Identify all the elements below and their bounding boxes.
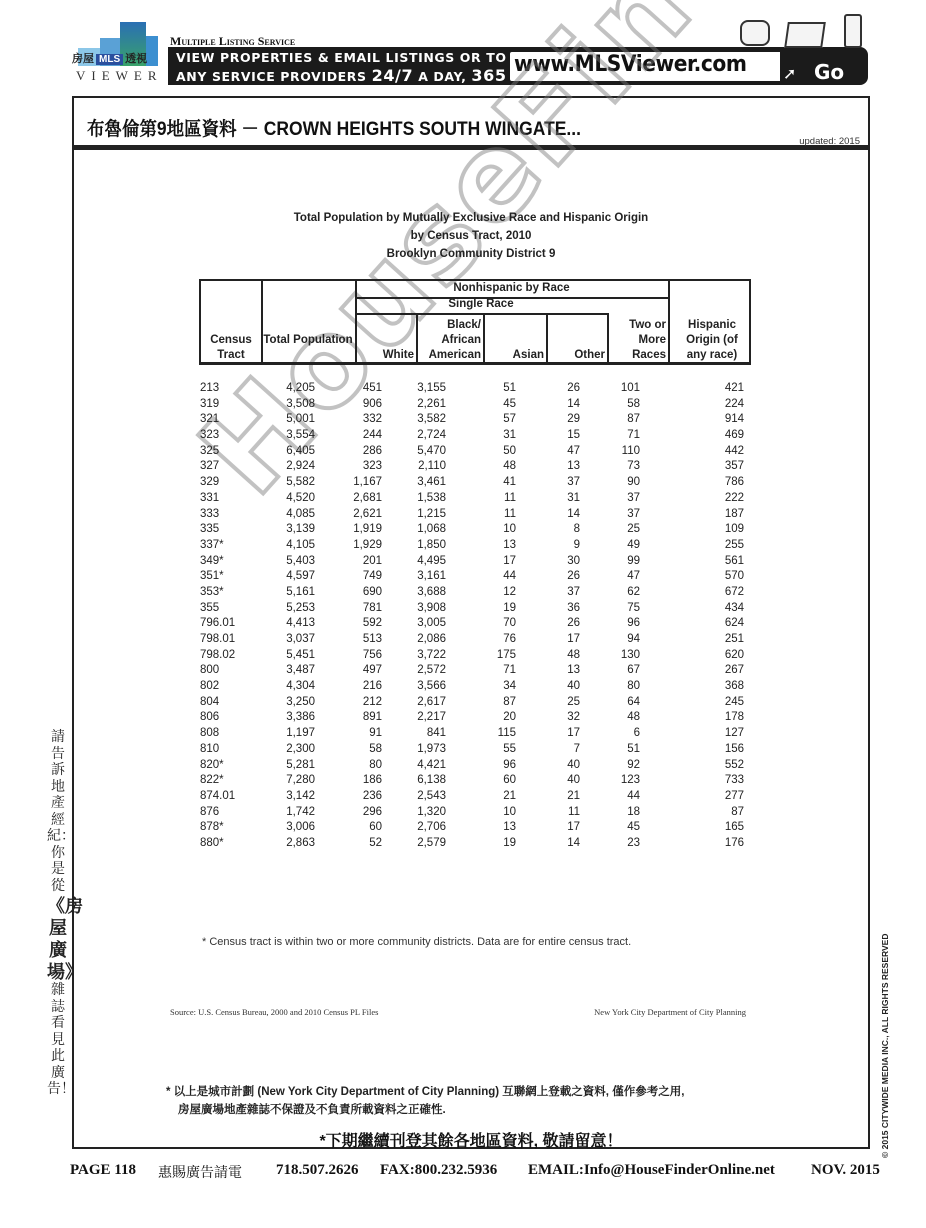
issue-date: NOV. 2015 xyxy=(811,1162,880,1179)
value-cell: 13 xyxy=(503,539,516,551)
value-cell: 841 xyxy=(427,727,446,739)
camera-icon xyxy=(740,20,770,46)
value-cell: 6,405 xyxy=(286,445,315,457)
value-cell: 434 xyxy=(725,602,744,614)
tract-cell: 333 xyxy=(200,508,219,520)
value-cell: 91 xyxy=(369,727,382,739)
value-cell: 5,161 xyxy=(286,586,315,598)
value-cell: 3,139 xyxy=(286,523,315,535)
tract-cell: 351* xyxy=(200,570,224,582)
value-cell: 592 xyxy=(363,617,382,629)
table-row: 3334,0852,6211,215111437187 xyxy=(200,508,750,524)
value-cell: 31 xyxy=(503,429,516,441)
go-button[interactable]: Go xyxy=(814,60,844,84)
value-cell: 175 xyxy=(497,649,516,661)
col-census-tract: Census Tract xyxy=(203,333,259,363)
title-row: 布魯倫第9地區資料 － CROWN HEIGHTS SOUTH WINGATE.… xyxy=(74,98,868,150)
value-cell: 87 xyxy=(627,413,640,425)
value-cell: 442 xyxy=(725,445,744,457)
tract-cell: 349* xyxy=(200,555,224,567)
value-cell: 130 xyxy=(621,649,640,661)
tract-cell: 213 xyxy=(200,382,219,394)
value-cell: 368 xyxy=(725,680,744,692)
table-row: 8081,19791841115176127 xyxy=(200,727,750,743)
value-cell: 32 xyxy=(567,711,580,723)
value-cell: 10 xyxy=(503,523,516,535)
value-cell: 71 xyxy=(503,664,516,676)
tract-cell: 822* xyxy=(200,774,224,786)
footnote: * Census tract is within two or more com… xyxy=(202,936,631,948)
value-cell: 2,261 xyxy=(417,398,446,410)
table-row: 798.013,0375132,086761794251 xyxy=(200,633,750,649)
value-cell: 70 xyxy=(503,617,516,629)
value-cell: 10 xyxy=(503,806,516,818)
tract-cell: 796.01 xyxy=(200,617,235,629)
fax-number: FAX:800.232.5936 xyxy=(380,1162,497,1179)
value-cell: 267 xyxy=(725,664,744,676)
table-row: 3314,5202,6811,538113137222 xyxy=(200,492,750,508)
value-cell: 58 xyxy=(627,398,640,410)
value-cell: 2,724 xyxy=(417,429,446,441)
value-cell: 245 xyxy=(725,696,744,708)
tract-cell: 337* xyxy=(200,539,224,551)
value-cell: 3,908 xyxy=(417,602,446,614)
table-row: 8003,4874972,572711367267 xyxy=(200,664,750,680)
value-cell: 2,579 xyxy=(417,837,446,849)
value-cell: 4,413 xyxy=(286,617,315,629)
value-cell: 8 xyxy=(574,523,580,535)
value-cell: 9 xyxy=(574,539,580,551)
value-cell: 224 xyxy=(725,398,744,410)
tract-cell: 802 xyxy=(200,680,219,692)
value-cell: 469 xyxy=(725,429,744,441)
value-cell: 80 xyxy=(369,759,382,771)
value-cell: 236 xyxy=(363,790,382,802)
table-row: 878*3,006602,706131745165 xyxy=(200,821,750,837)
value-cell: 94 xyxy=(627,633,640,645)
col-total-population: Total Population xyxy=(263,333,353,348)
value-cell: 3,161 xyxy=(417,570,446,582)
value-cell: 620 xyxy=(725,649,744,661)
disclaimer-line-2: 房屋廣場地產雜誌不保證及不負責所載資料之正確性. xyxy=(178,1101,446,1117)
phone-icon xyxy=(844,14,862,48)
copyright-text: © 2015 CITYWIDE MEDIA INC., ALL RIGHTS R… xyxy=(880,934,890,1158)
value-cell: 1,167 xyxy=(353,476,382,488)
value-cell: 26 xyxy=(567,570,580,582)
table-row: 3353,1391,9191,06810825109 xyxy=(200,523,750,539)
source-note: Source: U.S. Census Bureau, 2000 and 201… xyxy=(170,1007,378,1017)
value-cell: 37 xyxy=(567,476,580,488)
ad-contact-label: 惠賜廣告請電 xyxy=(158,1162,242,1182)
report-subtitle: by Census Tract, 2010 xyxy=(74,230,868,242)
value-cell: 2,086 xyxy=(417,633,446,645)
value-cell: 92 xyxy=(627,759,640,771)
col-hispanic: Hispanic Origin (of any race) xyxy=(675,318,749,363)
table-row: 880*2,863522,579191423176 xyxy=(200,837,750,853)
table-row: 351*4,5977493,161442647570 xyxy=(200,570,750,586)
col-black: Black/ African American xyxy=(423,318,481,363)
value-cell: 1,320 xyxy=(417,806,446,818)
value-cell: 914 xyxy=(725,413,744,425)
value-cell: 3,508 xyxy=(286,398,315,410)
tract-cell: 331 xyxy=(200,492,219,504)
tract-cell: 806 xyxy=(200,711,219,723)
value-cell: 96 xyxy=(503,759,516,771)
value-cell: 3,487 xyxy=(286,664,315,676)
table-row: 822*7,2801866,1386040123733 xyxy=(200,774,750,790)
value-cell: 45 xyxy=(627,821,640,833)
value-cell: 3,250 xyxy=(286,696,315,708)
value-cell: 906 xyxy=(363,398,382,410)
building-icon xyxy=(146,36,158,66)
value-cell: 255 xyxy=(725,539,744,551)
value-cell: 19 xyxy=(503,837,516,849)
value-cell: 178 xyxy=(725,711,744,723)
col-asian: Asian xyxy=(485,348,544,363)
tract-cell: 798.01 xyxy=(200,633,235,645)
value-cell: 497 xyxy=(363,664,382,676)
value-cell: 87 xyxy=(503,696,516,708)
value-cell: 2,681 xyxy=(353,492,382,504)
value-cell: 30 xyxy=(567,555,580,567)
value-cell: 6 xyxy=(634,727,640,739)
value-cell: 99 xyxy=(627,555,640,567)
value-cell: 2,863 xyxy=(286,837,315,849)
value-cell: 115 xyxy=(498,727,516,739)
value-cell: 3,142 xyxy=(286,790,315,802)
value-cell: 570 xyxy=(725,570,744,582)
value-cell: 513 xyxy=(363,633,382,645)
value-cell: 48 xyxy=(503,460,516,472)
value-cell: 19 xyxy=(503,602,516,614)
value-cell: 3,582 xyxy=(417,413,446,425)
value-cell: 251 xyxy=(725,633,744,645)
tract-cell: 810 xyxy=(200,743,219,755)
value-cell: 51 xyxy=(503,382,516,394)
value-cell: 186 xyxy=(363,774,382,786)
table-row: 874.013,1422362,543212144277 xyxy=(200,790,750,806)
value-cell: 3,722 xyxy=(417,649,446,661)
value-cell: 5,451 xyxy=(286,649,315,661)
value-cell: 1,538 xyxy=(417,492,446,504)
value-cell: 4,205 xyxy=(286,382,315,394)
value-cell: 87 xyxy=(731,806,744,818)
value-cell: 296 xyxy=(363,806,382,818)
value-cell: 13 xyxy=(567,664,580,676)
value-cell: 67 xyxy=(627,664,640,676)
value-cell: 2,617 xyxy=(417,696,446,708)
value-cell: 323 xyxy=(363,460,382,472)
value-cell: 17 xyxy=(567,727,580,739)
tract-cell: 355 xyxy=(200,602,219,614)
value-cell: 733 xyxy=(725,774,744,786)
value-cell: 786 xyxy=(725,476,744,488)
table-row: 3555,2537813,908193675434 xyxy=(200,602,750,618)
value-cell: 4,085 xyxy=(286,508,315,520)
value-cell: 21 xyxy=(567,790,580,802)
table-row: 3193,5089062,261451458224 xyxy=(200,398,750,414)
value-cell: 165 xyxy=(725,821,744,833)
value-cell: 4,520 xyxy=(286,492,315,504)
value-cell: 71 xyxy=(627,429,640,441)
value-cell: 21 xyxy=(503,790,516,802)
header-nonhispanic: Nonhispanic by Race xyxy=(355,281,668,296)
value-cell: 212 xyxy=(363,696,382,708)
value-cell: 64 xyxy=(627,696,640,708)
tract-cell: 323 xyxy=(200,429,219,441)
value-cell: 3,461 xyxy=(417,476,446,488)
value-cell: 76 xyxy=(503,633,516,645)
tagline-line-2: ANY SERVICE PROVIDERS 24/7 A DAY, 365 DA… xyxy=(176,66,551,85)
table-row: 337*4,1051,9291,85013949255 xyxy=(200,539,750,555)
value-cell: 37 xyxy=(627,492,640,504)
value-cell: 96 xyxy=(627,617,640,629)
value-cell: 187 xyxy=(725,508,744,520)
value-cell: 222 xyxy=(725,492,744,504)
tract-cell: 800 xyxy=(200,664,219,676)
value-cell: 690 xyxy=(363,586,382,598)
value-cell: 14 xyxy=(567,398,580,410)
value-cell: 17 xyxy=(567,633,580,645)
table-row: 3233,5542442,724311571469 xyxy=(200,429,750,445)
col-two-or-more: Two or More Races xyxy=(611,318,666,363)
value-cell: 4,495 xyxy=(417,555,446,567)
tract-cell: 319 xyxy=(200,398,219,410)
value-cell: 672 xyxy=(725,586,744,598)
value-cell: 14 xyxy=(567,837,580,849)
value-cell: 48 xyxy=(567,649,580,661)
value-cell: 201 xyxy=(363,555,382,567)
table-header: Nonhispanic by Race Single Race Census T… xyxy=(199,279,751,365)
value-cell: 14 xyxy=(567,508,580,520)
email-link[interactable]: EMAIL:Info@HouseFinderOnline.net xyxy=(528,1162,775,1179)
logo-viewer-text: VIEWER xyxy=(76,68,163,84)
tract-cell: 876 xyxy=(200,806,219,818)
value-cell: 624 xyxy=(725,617,744,629)
table-body: 2134,2054513,15551261014213193,5089062,2… xyxy=(200,382,750,853)
value-cell: 421 xyxy=(725,382,744,394)
value-cell: 1,919 xyxy=(353,523,382,535)
header-single-race: Single Race xyxy=(355,297,607,312)
value-cell: 60 xyxy=(503,774,516,786)
value-cell: 40 xyxy=(567,680,580,692)
value-cell: 1,973 xyxy=(417,743,446,755)
tract-cell: 325 xyxy=(200,445,219,457)
table-row: 820*5,281804,421964092552 xyxy=(200,759,750,775)
value-cell: 3,386 xyxy=(286,711,315,723)
value-cell: 60 xyxy=(369,821,382,833)
table-row: 3272,9243232,110481373357 xyxy=(200,460,750,476)
devices-illustration xyxy=(740,14,870,54)
value-cell: 3,037 xyxy=(286,633,315,645)
value-cell: 50 xyxy=(503,445,516,457)
tract-cell: 353* xyxy=(200,586,224,598)
col-white: White xyxy=(357,348,414,363)
value-cell: 11 xyxy=(568,806,580,818)
value-cell: 277 xyxy=(725,790,744,802)
value-cell: 1,068 xyxy=(417,523,446,535)
value-cell: 47 xyxy=(627,570,640,582)
value-cell: 176 xyxy=(725,837,744,849)
tract-cell: 329 xyxy=(200,476,219,488)
value-cell: 1,197 xyxy=(286,727,315,739)
value-cell: 25 xyxy=(567,696,580,708)
value-cell: 37 xyxy=(627,508,640,520)
value-cell: 6,138 xyxy=(417,774,446,786)
value-cell: 90 xyxy=(627,476,640,488)
side-ad-text: 請告訴地產經紀：你是從 《房屋廣場》 雜誌看見此廣告！ xyxy=(47,730,69,1099)
next-issue-note: *下期繼續刊登其餘各地區資料, 敬請留意！ xyxy=(74,1128,868,1151)
value-cell: 7 xyxy=(574,743,580,755)
value-cell: 29 xyxy=(567,413,580,425)
value-cell: 12 xyxy=(503,586,516,598)
value-cell: 5,470 xyxy=(417,445,446,457)
value-cell: 216 xyxy=(363,680,382,692)
value-cell: 5,253 xyxy=(286,602,315,614)
value-cell: 25 xyxy=(627,523,640,535)
disclaimer-line-1: * 以上是城市計劃 (New York City Department of C… xyxy=(166,1083,684,1099)
table-row: 3256,4052865,4705047110442 xyxy=(200,445,750,461)
value-cell: 357 xyxy=(725,460,744,472)
tract-cell: 878* xyxy=(200,821,224,833)
tract-cell: 874.01 xyxy=(200,790,235,802)
value-cell: 23 xyxy=(627,837,640,849)
value-cell: 57 xyxy=(503,413,516,425)
value-cell: 49 xyxy=(627,539,640,551)
value-cell: 244 xyxy=(363,429,382,441)
table-row: 349*5,4032014,495173099561 xyxy=(200,555,750,571)
table-row: 3295,5821,1673,461413790786 xyxy=(200,476,750,492)
value-cell: 11 xyxy=(504,508,516,520)
value-cell: 3,566 xyxy=(417,680,446,692)
value-cell: 1,215 xyxy=(417,508,446,520)
tract-cell: 798.02 xyxy=(200,649,235,661)
value-cell: 5,281 xyxy=(286,759,315,771)
value-cell: 58 xyxy=(369,743,382,755)
value-cell: 4,105 xyxy=(286,539,315,551)
phone-number[interactable]: 718.507.2626 xyxy=(276,1162,359,1179)
value-cell: 40 xyxy=(567,759,580,771)
value-cell: 34 xyxy=(503,680,516,692)
report-title: Total Population by Mutually Exclusive R… xyxy=(74,212,868,224)
table-row: 8102,300581,97355751156 xyxy=(200,743,750,759)
value-cell: 52 xyxy=(369,837,382,849)
value-cell: 2,110 xyxy=(418,460,446,472)
logo-cn-text: 房屋MLS透視 xyxy=(72,50,147,66)
updated-label: updated: 2015 xyxy=(799,136,860,147)
value-cell: 286 xyxy=(363,445,382,457)
value-cell: 26 xyxy=(567,617,580,629)
value-cell: 3,688 xyxy=(417,586,446,598)
value-cell: 451 xyxy=(363,382,382,394)
value-cell: 2,924 xyxy=(286,460,315,472)
table-row: 3215,0013323,582572987914 xyxy=(200,413,750,429)
value-cell: 26 xyxy=(567,382,580,394)
table-row: 796.014,4135923,005702696624 xyxy=(200,617,750,633)
cursor-arrow-icon: ➚ xyxy=(783,64,796,84)
report-district: Brooklyn Community District 9 xyxy=(74,248,868,260)
value-cell: 3,006 xyxy=(286,821,315,833)
value-cell: 2,572 xyxy=(417,664,446,676)
value-cell: 4,421 xyxy=(417,759,446,771)
value-cell: 55 xyxy=(503,743,516,755)
value-cell: 41 xyxy=(503,476,516,488)
agency-note: New York City Department of City Plannin… xyxy=(594,1007,746,1017)
table-row: 8043,2502122,617872564245 xyxy=(200,696,750,712)
value-cell: 749 xyxy=(363,570,382,582)
value-cell: 110 xyxy=(622,445,640,457)
table-row: 8761,7422961,32010111887 xyxy=(200,806,750,822)
value-cell: 552 xyxy=(725,759,744,771)
value-cell: 5,582 xyxy=(286,476,315,488)
value-cell: 781 xyxy=(363,602,382,614)
tract-cell: 804 xyxy=(200,696,219,708)
value-cell: 31 xyxy=(567,492,580,504)
value-cell: 2,543 xyxy=(417,790,446,802)
value-cell: 40 xyxy=(567,774,580,786)
tract-cell: 327 xyxy=(200,460,219,472)
value-cell: 3,005 xyxy=(417,617,446,629)
value-cell: 756 xyxy=(363,649,382,661)
col-other: Other xyxy=(548,348,605,363)
value-cell: 5,403 xyxy=(286,555,315,567)
value-cell: 18 xyxy=(627,806,640,818)
value-cell: 5,001 xyxy=(286,413,315,425)
value-cell: 123 xyxy=(621,774,640,786)
mls-viewer-logo[interactable]: 房屋MLS透視 VIEWER xyxy=(70,16,162,88)
value-cell: 11 xyxy=(504,492,516,504)
value-cell: 2,706 xyxy=(417,821,446,833)
value-cell: 2,300 xyxy=(286,743,315,755)
value-cell: 127 xyxy=(725,727,744,739)
table-row: 353*5,1616903,688123762672 xyxy=(200,586,750,602)
value-cell: 13 xyxy=(503,821,516,833)
value-cell: 15 xyxy=(567,429,580,441)
value-cell: 47 xyxy=(567,445,580,457)
content-frame: 布魯倫第9地區資料 － CROWN HEIGHTS SOUTH WINGATE.… xyxy=(72,96,870,1149)
table-row: 2134,2054513,1555126101421 xyxy=(200,382,750,398)
value-cell: 48 xyxy=(627,711,640,723)
value-cell: 109 xyxy=(725,523,744,535)
value-cell: 561 xyxy=(725,555,744,567)
value-cell: 1,742 xyxy=(286,806,315,818)
table-row: 8024,3042163,566344080368 xyxy=(200,680,750,696)
tract-cell: 820* xyxy=(200,759,224,771)
value-cell: 62 xyxy=(627,586,640,598)
value-cell: 36 xyxy=(567,602,580,614)
value-cell: 2,217 xyxy=(417,711,446,723)
value-cell: 1,929 xyxy=(353,539,382,551)
tract-cell: 880* xyxy=(200,837,224,849)
value-cell: 3,554 xyxy=(286,429,315,441)
value-cell: 4,304 xyxy=(286,680,315,692)
value-cell: 20 xyxy=(503,711,516,723)
value-cell: 17 xyxy=(503,555,516,567)
tract-cell: 808 xyxy=(200,727,219,739)
value-cell: 101 xyxy=(621,382,640,394)
value-cell: 44 xyxy=(627,790,640,802)
value-cell: 17 xyxy=(567,821,580,833)
page-number: PAGE 118 xyxy=(70,1162,136,1179)
page-title: 布魯倫第9地區資料 － CROWN HEIGHTS SOUTH WINGATE.… xyxy=(87,114,581,141)
value-cell: 4,597 xyxy=(286,570,315,582)
website-url[interactable]: www.MLSViewer.com xyxy=(514,52,746,77)
value-cell: 332 xyxy=(363,413,382,425)
value-cell: 1,850 xyxy=(417,539,446,551)
tract-cell: 321 xyxy=(200,413,219,425)
value-cell: 7,280 xyxy=(286,774,315,786)
value-cell: 45 xyxy=(503,398,516,410)
